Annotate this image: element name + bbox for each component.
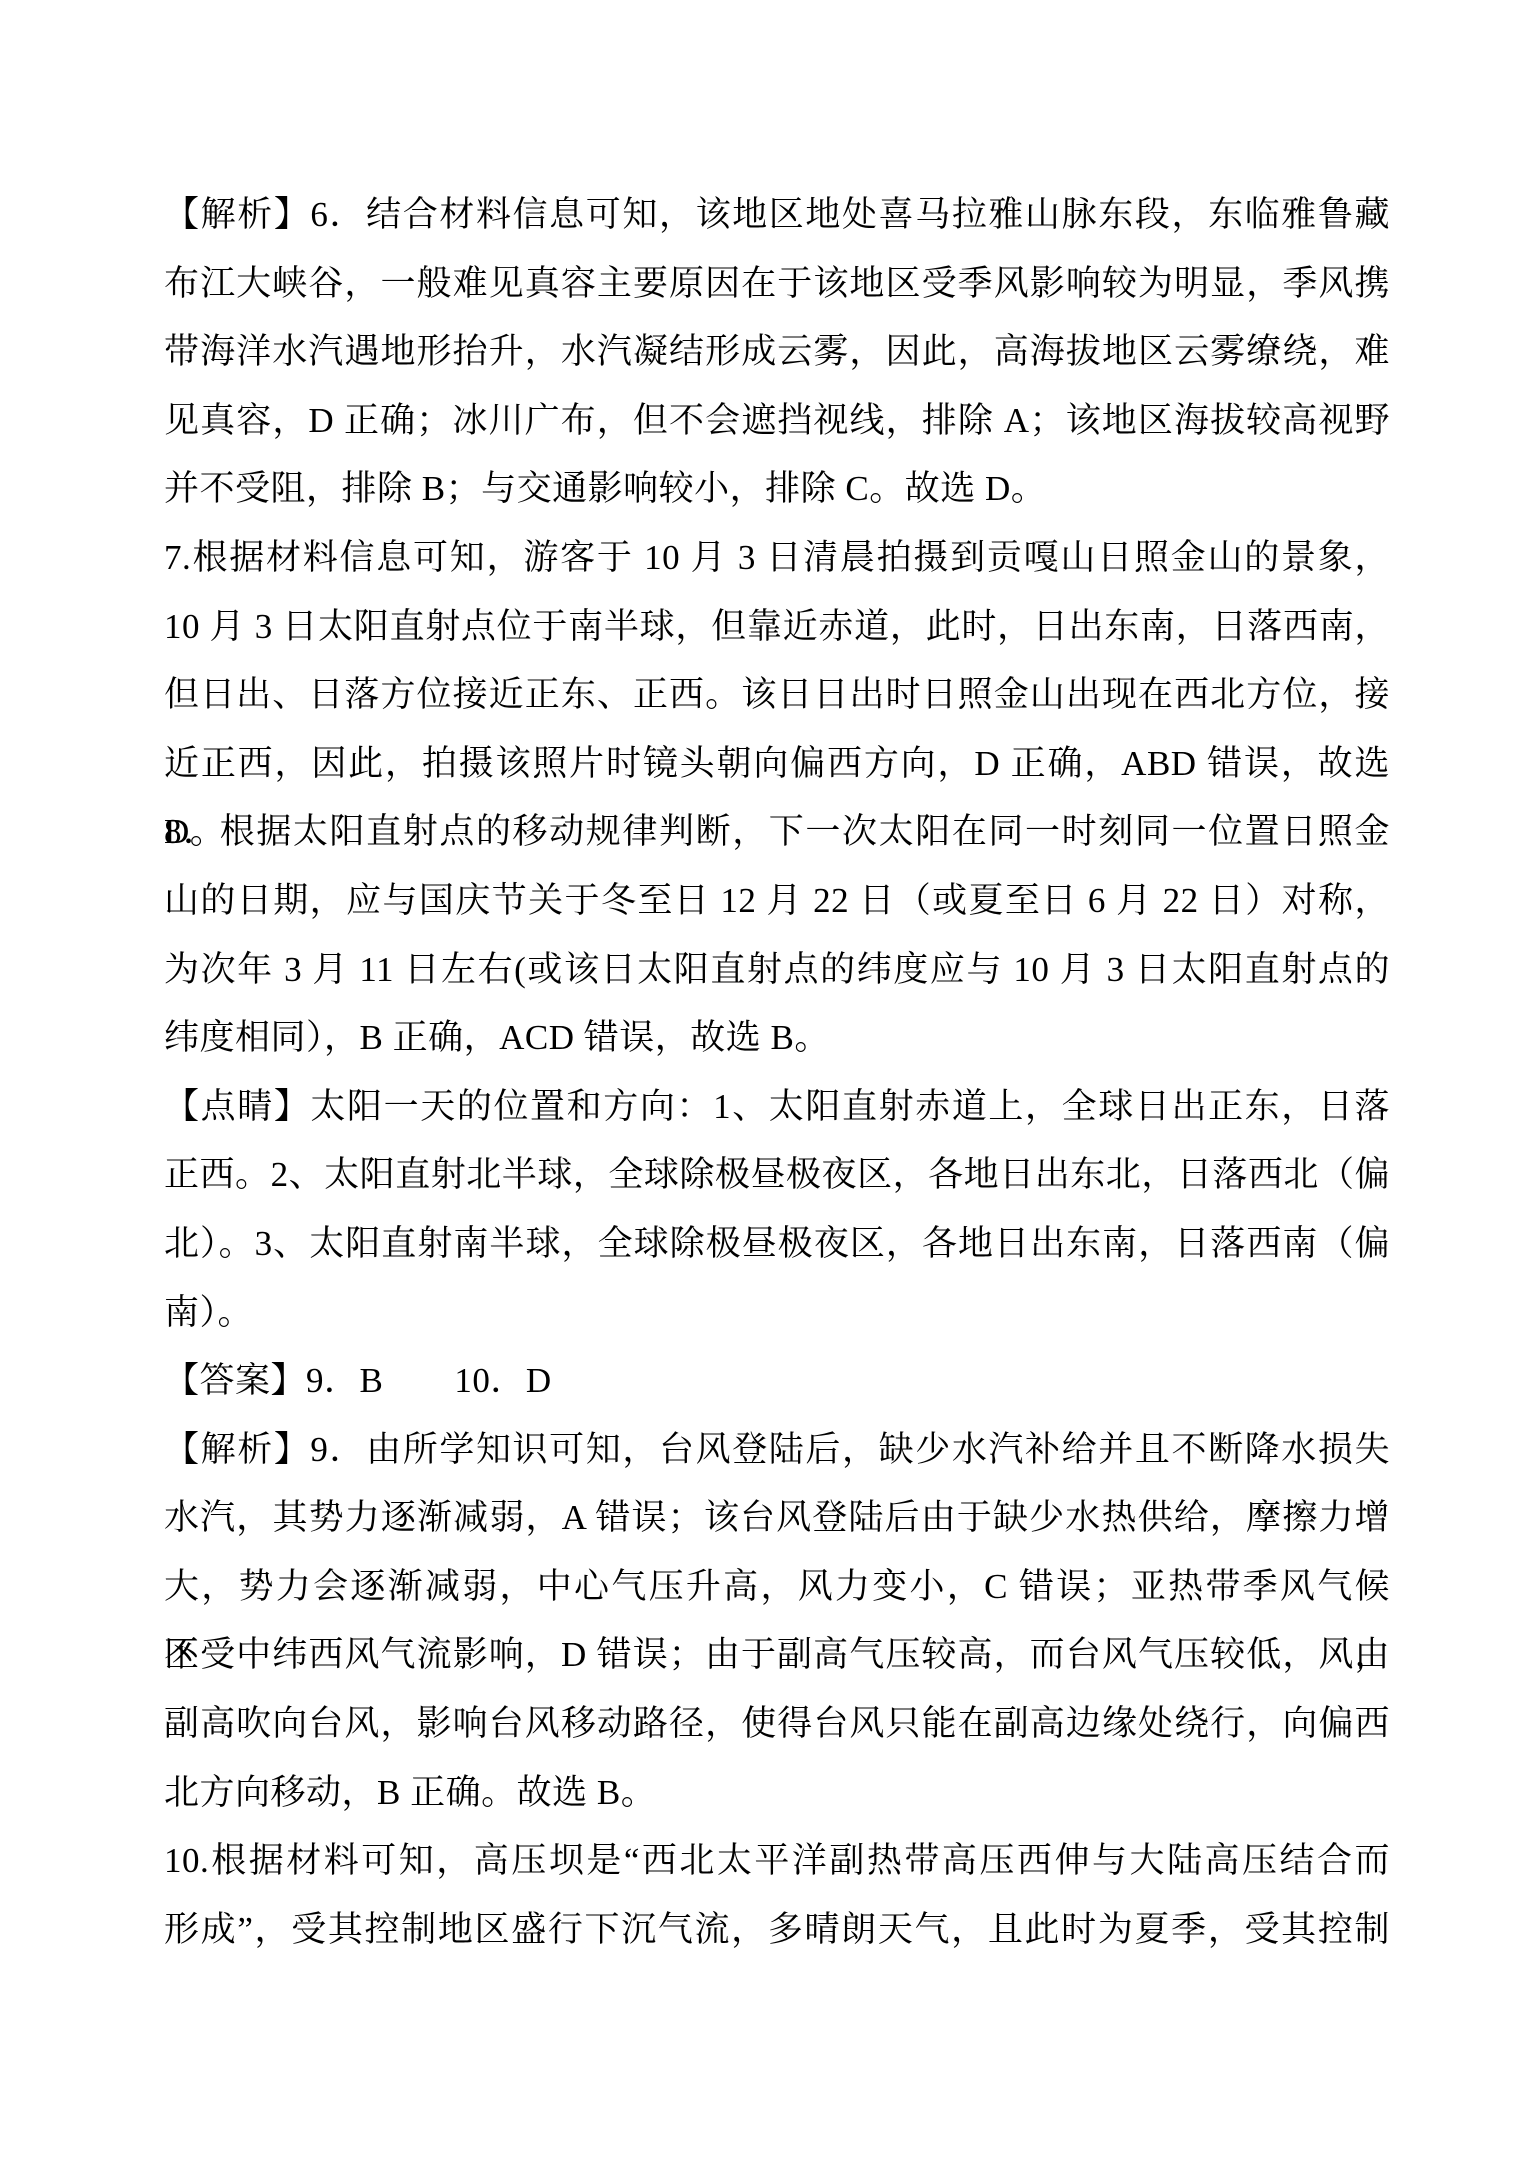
text-line: 水汽，其势力逐渐减弱，A 错误；该台风登陆后由于缺少水热供给，摩擦力增 [164,1484,1390,1553]
text-line: 但日出、日落方位接近正东、正西。该日日出时日照金山出现在西北方位，接 [164,661,1390,730]
text-line: 纬度相同），B 正确，ACD 错误，故选 B。 [164,1004,1390,1073]
text-line: 【解析】6．结合材料信息可知，该地区地处喜马拉雅山脉东段，东临雅鲁藏 [164,181,1390,250]
text-line: 7.根据材料信息可知，游客于 10 月 3 日清晨拍摄到贡嘎山日照金山的景象， [164,524,1390,593]
text-line: 副高吹向台风，影响台风移动路径，使得台风只能在副高边缘处绕行，向偏西 [164,1690,1390,1759]
text-line: 8．根据太阳直射点的移动规律判断，下一次太阳在同一时刻同一位置日照金 [164,798,1390,867]
text-line: 不受中纬西风气流影响，D 错误；由于副高气压较高，而台风气压较低，风由 [164,1621,1390,1690]
text-line: 见真容，D 正确；冰川广布，但不会遮挡视线，排除 A；该地区海拔较高视野 [164,387,1390,456]
text-line: 近正西，因此，拍摄该照片时镜头朝向偏西方向，D 正确，ABD 错误，故选 D。 [164,730,1390,799]
text-line: 10 月 3 日太阳直射点位于南半球，但靠近赤道，此时，日出东南，日落西南， [164,593,1390,662]
text-line: 带海洋水汽遇地形抬升，水汽凝结形成云雾，因此，高海拔地区云雾缭绕，难 [164,318,1390,387]
text-line: 【解析】9．由所学知识可知，台风登陆后，缺少水汽补给并且不断降水损失 [164,1416,1390,1485]
text-line: 大，势力会逐渐减弱，中心气压升高，风力变小，C 错误；亚热带季风气候区， [164,1553,1390,1622]
text-line: 北方向移动，B 正确。故选 B。 [164,1759,1390,1828]
text-line: 为次年 3 月 11 日左右(或该日太阳直射点的纬度应与 10 月 3 日太阳直… [164,936,1390,1005]
text-line: 并不受阻，排除 B；与交通影响较小，排除 C。故选 D。 [164,455,1390,524]
answers-line: 【答案】9．B 10．D [164,1347,1390,1416]
text-line: 10.根据材料可知，高压坝是“西北太平洋副热带高压西伸与大陆高压结合而 [164,1827,1390,1896]
answer-document-page: 【解析】6．结合材料信息可知，该地区地处喜马拉雅山脉东段，东临雅鲁藏 布江大峡谷… [164,181,1390,1964]
text-line: 形成”，受其控制地区盛行下沉气流，多晴朗天气，且此时为夏季，受其控制 [164,1896,1390,1965]
text-line: 南）。 [164,1279,1390,1348]
text-line: 北）。3、太阳直射南半球，全球除极昼极夜区，各地日出东南，日落西南（偏 [164,1210,1390,1279]
text-line: 【点睛】太阳一天的位置和方向：1、太阳直射赤道上，全球日出正东，日落 [164,1073,1390,1142]
text-line: 布江大峡谷，一般难见真容主要原因在于该地区受季风影响较为明显，季风携 [164,250,1390,319]
text-line: 山的日期，应与国庆节关于冬至日 12 月 22 日（或夏至日 6 月 22 日）… [164,867,1390,936]
text-line: 正西。2、太阳直射北半球，全球除极昼极夜区，各地日出东北，日落西北（偏 [164,1141,1390,1210]
